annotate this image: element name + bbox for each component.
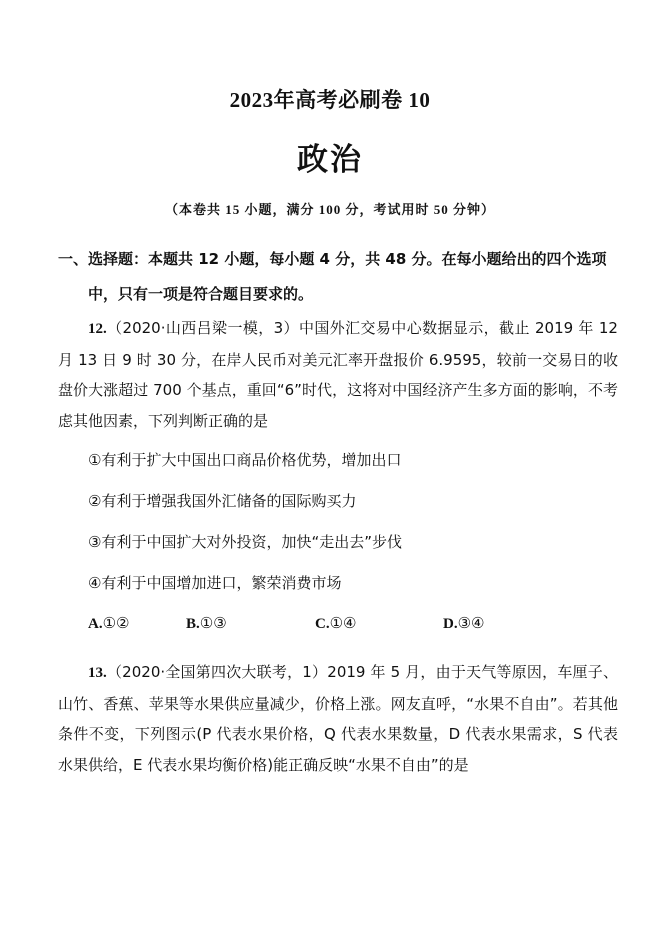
question-number: 13. [88,665,107,681]
statement-4: ④有利于中国增加进口，繁荣消费市场 [88,572,341,593]
exam-info: （本卷共 15 小题，满分 100 分，考试用时 50 分钟） [0,199,660,218]
choice-value: ①② [103,614,130,632]
choice-c[interactable]: C.①④ [315,614,357,633]
statement-1: ①有利于扩大中国出口商品价格优势，增加出口 [88,449,401,470]
question-13: 13.（2020·全国第四次大联考，1）2019 年 5 月，由于天气等原因，车… [58,657,618,780]
question-12: 12.（2020·山西吕梁一模，3）中国外汇交易中心数据显示，截止 2019 年… [58,313,618,436]
statement-3: ③有利于中国扩大对外投资，加快“走出去”步伐 [88,531,402,552]
choice-b[interactable]: B.①③ [186,614,227,633]
choice-letter: B. [186,616,200,632]
choice-letter: A. [88,616,103,632]
question-number: 12. [88,321,107,337]
choice-d[interactable]: D.③④ [443,614,485,633]
statement-2: ②有利于增强我国外汇储备的国际购买力 [88,490,356,511]
choice-value: ③④ [458,614,485,632]
choice-letter: D. [443,616,458,632]
question-source: （2020·山西吕梁一模，3） [107,319,299,337]
section-heading: 一、选择题：本题共 12 小题，每小题 4 分，共 48 分。在每小题给出的四个… [58,242,618,312]
choice-letter: C. [315,616,330,632]
section-heading-line-1: 一、选择题：本题共 12 小题，每小题 4 分，共 48 分。在每小题给出的四个… [58,250,607,268]
choice-value: ①③ [200,614,227,632]
exam-title: 2023年高考必刷卷 10 [0,84,660,114]
subject-heading: 政治 [0,134,660,179]
choice-a[interactable]: A.①② [88,614,130,633]
question-source: （2020·全国第四次大联考，1） [107,663,328,681]
choice-value: ①④ [330,614,357,632]
section-heading-line-2: 中，只有一项是符合题目要求的。 [58,277,618,312]
exam-page: 2023年高考必刷卷 10 政治 （本卷共 15 小题，满分 100 分，考试用… [0,0,660,933]
